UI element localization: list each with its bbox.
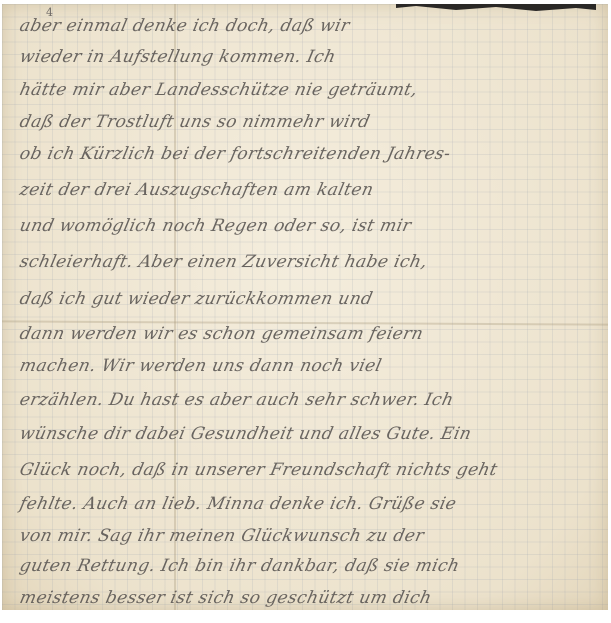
letter-line: aber einmal denke ich doch, daß wir — [18, 16, 352, 36]
letter-line: von mir. Sag ihr meinen Glückwunsch zu d… — [18, 526, 426, 546]
letter-line: und womöglich noch Regen oder so, ist mi… — [18, 216, 413, 236]
letter-line: machen. Wir werden uns dann noch viel — [18, 356, 384, 376]
torn-edge — [396, 4, 596, 14]
letter-line: zeit der drei Auszugschaften am kalten — [18, 180, 376, 200]
letter-page: 4 aber einmal denke ich doch, daß wir wi… — [2, 4, 608, 610]
letter-line: erzählen. Du hast es aber auch sehr schw… — [18, 390, 456, 410]
letter-line: daß der Trostluft uns so nimmehr wird — [18, 112, 372, 132]
letter-line: Glück noch, daß in unserer Freundschaft … — [18, 460, 499, 480]
letter-line: meistens besser ist sich so geschützt um… — [18, 588, 434, 608]
letter-line: wünsche dir dabei Gesundheit und alles G… — [18, 424, 473, 444]
letter-line: hätte mir aber Landesschütze nie geträum… — [18, 80, 420, 100]
letter-line: dann werden wir es schon gemeinsam feier… — [18, 324, 425, 344]
letter-line: guten Rettung. Ich bin ihr dankbar, daß … — [18, 556, 462, 576]
letter-line: fehlte. Auch an lieb. Minna denke ich. G… — [18, 494, 458, 514]
letter-line: ob ich Kürzlich bei der fortschreitenden… — [18, 144, 453, 164]
letter-line: schleierhaft. Aber einen Zuversicht habe… — [18, 252, 429, 272]
letter-line: wieder in Aufstellung kommen. Ich — [18, 47, 338, 67]
letter-line: daß ich gut wieder zurückkommen und — [18, 289, 375, 309]
